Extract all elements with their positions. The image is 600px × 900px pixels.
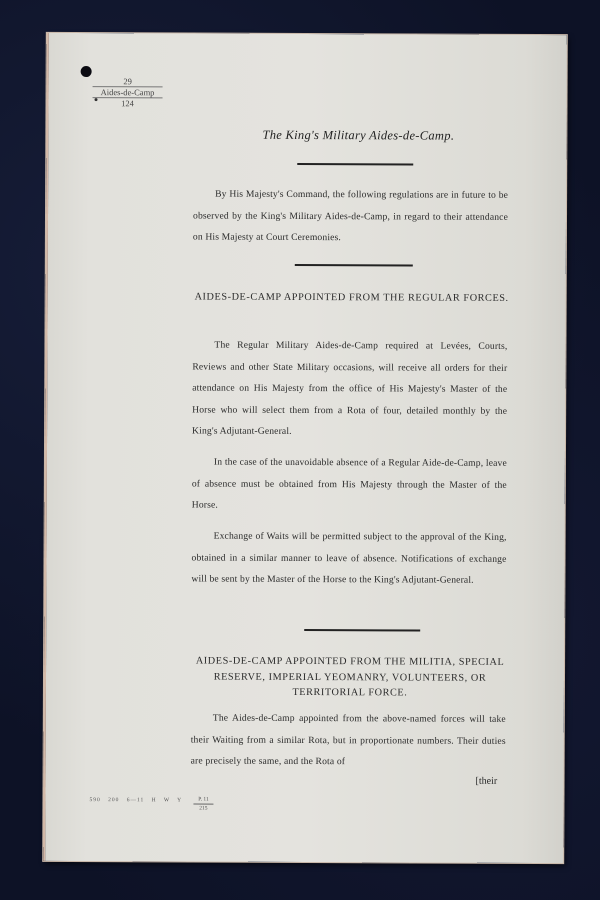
paragraph-regular-absence: In the case of the unavoidable absence o… xyxy=(192,452,507,518)
file-ref-number-bottom: 124 xyxy=(92,98,162,108)
printer-ref-top: P. 11 xyxy=(193,796,213,805)
file-ref-number-top: 29 xyxy=(93,76,163,86)
catchword: [their xyxy=(476,776,498,787)
divider-rule xyxy=(304,629,420,632)
document-title: The King's Military Aides-de-Camp. xyxy=(193,128,523,144)
file-reference: 29 Aides-de-Camp 124 xyxy=(92,76,162,108)
printer-ref-bottom: 215 xyxy=(193,805,213,813)
ink-dot xyxy=(95,98,98,101)
paragraph-militia-rota: The Aides-de-Camp appointed from the abo… xyxy=(191,708,506,774)
paragraph-exchange-waits: Exchange of Waits will be permitted subj… xyxy=(191,526,506,592)
document-page: 29 Aides-de-Camp 124 The King's Military… xyxy=(43,33,567,863)
punch-hole xyxy=(81,66,92,77)
paragraph-regular-orders: The Regular Military Aides-de-Camp requi… xyxy=(192,335,507,444)
divider-rule xyxy=(297,163,413,166)
intro-paragraph: By His Majesty's Command, the following … xyxy=(193,184,508,250)
divider-rule xyxy=(295,264,413,267)
section-heading-militia: AIDES-DE-CAMP APPOINTED FROM THE MILITIA… xyxy=(191,654,509,702)
printer-code: 590 200 6—11 H W Y xyxy=(89,797,182,803)
section-heading-regular: AIDES-DE-CAMP APPOINTED FROM THE REGULAR… xyxy=(193,290,511,307)
file-ref-label: Aides-de-Camp xyxy=(93,86,163,98)
printer-reference: P. 11 215 xyxy=(193,796,213,813)
